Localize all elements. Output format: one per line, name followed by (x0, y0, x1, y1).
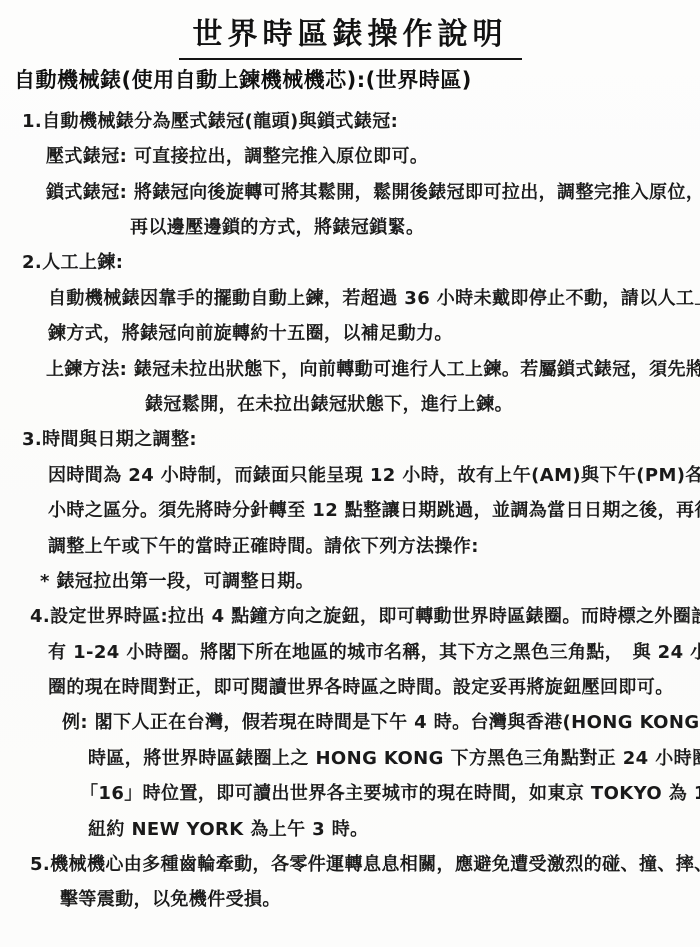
document-body: 1.自動機械錶分為壓式錶冠(龍頭)與鎖式錶冠: 壓式錶冠: 可直接拉出，調整完推… (0, 104, 700, 918)
doc-line-star-note: * 錶冠拉出第一段，可調整日期。 (0, 564, 700, 599)
title-row: 世界時區錶操作說明 (0, 16, 700, 60)
doc-line-lock-crown-cont: 再以邊壓邊鎖的方式，將錶冠鎖緊。 (0, 210, 700, 245)
doc-line-example-4: 紐約 NEW YORK 為上午 3 時。 (0, 812, 700, 847)
doc-line-item2-heading: 2.人工上鍊: (0, 245, 700, 280)
doc-line-time-adjust-2: 小時之區分。須先將時分針轉至 12 點整讓日期跳過，並調為當日日期之後，再行 (0, 493, 700, 528)
doc-line-example-3: 「16」時位置，即可讀出世界各主要城市的現在時間，如東京 TOKYO 為 17 … (0, 776, 700, 811)
doc-line-push-crown: 壓式錶冠: 可直接拉出，調整完推入原位即可。 (0, 139, 700, 174)
doc-line-time-adjust-3: 調整上午或下午的當時正確時間。請依下列方法操作: (0, 529, 700, 564)
doc-line-worldtime-1: 有 1-24 小時圈。將閣下所在地區的城市名稱，其下方之黑色三角點， 與 24 … (0, 635, 700, 670)
doc-line-item3-heading: 3.時間與日期之調整: (0, 422, 700, 457)
doc-line-example-1: 例: 閣下人正在台灣，假若現在時間是下午 4 時。台灣與香港(HONG KONG… (0, 705, 700, 740)
page-subtitle: 自動機械錶(使用自動上鍊機械機芯):(世界時區) (14, 66, 700, 94)
doc-line-lock-crown: 鎖式錶冠: 將錶冠向後旋轉可將其鬆開，鬆開後錶冠即可拉出，調整完推入原位， (0, 175, 700, 210)
document-page: 世界時區錶操作說明 自動機械錶(使用自動上鍊機械機芯):(世界時區) 1.自動機… (0, 0, 700, 947)
page-title: 世界時區錶操作說明 (179, 16, 522, 60)
doc-line-winding-1: 自動機械錶因靠手的擺動自動上鍊，若超過 36 小時未戴即停止不動，請以人工上 (0, 281, 700, 316)
doc-line-item5-heading: 5.機械機心由多種齒輪牽動，各零件運轉息息相關，應避免遭受激烈的碰、撞、摔、 (0, 847, 700, 882)
doc-line-example-2: 時區，將世界時區錶圈上之 HONG KONG 下方黑色三角點對正 24 小時圈之 (0, 741, 700, 776)
doc-line-item1-heading: 1.自動機械錶分為壓式錶冠(龍頭)與鎖式錶冠: (0, 104, 700, 139)
doc-line-item5-cont: 擊等震動，以免機件受損。 (0, 882, 700, 917)
doc-line-winding-method: 上鍊方法: 錶冠未拉出狀態下，向前轉動可進行人工上鍊。若屬鎖式錶冠，須先將 (0, 352, 700, 387)
doc-line-item4-heading: 4.設定世界時區:拉出 4 點鐘方向之旋鈕，即可轉動世界時區錶圈。而時標之外圈設 (0, 599, 700, 634)
doc-line-time-adjust-1: 因時間為 24 小時制，而錶面只能呈現 12 小時，故有上午(AM)與下午(PM… (0, 458, 700, 493)
doc-line-winding-2: 鍊方式，將錶冠向前旋轉約十五圈，以補足動力。 (0, 316, 700, 351)
doc-line-winding-method-2: 錶冠鬆開，在未拉出錶冠狀態下，進行上鍊。 (0, 387, 700, 422)
doc-line-worldtime-2: 圈的現在時間對正，即可閱讀世界各時區之時間。設定妥再將旋鈕壓回即可。 (0, 670, 700, 705)
